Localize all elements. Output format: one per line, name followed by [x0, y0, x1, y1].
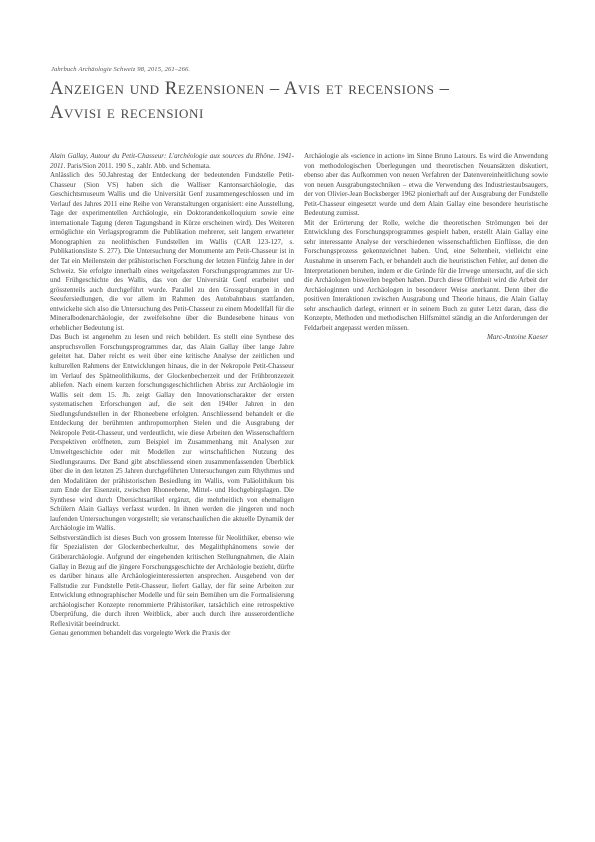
- paragraph: Mit der Erörterung der Rolle, welche die…: [304, 219, 548, 334]
- paragraph: Archäologie als «science in action» im S…: [304, 152, 548, 219]
- paragraph: Das Buch ist angenehm zu lesen und reich…: [50, 333, 294, 533]
- section-title: Anzeigen und Rezensionen – Avis et recen…: [50, 77, 570, 125]
- paragraph: Anlässlich des 50.Jahrestag der Entdecku…: [50, 171, 294, 333]
- column-right: Archäologie als «science in action» im S…: [304, 152, 548, 343]
- column-left: Alain Gallay, Autour du Petit-Chasseur: …: [50, 152, 294, 639]
- section-title-line1: Anzeigen und Rezensionen – Avis et recen…: [50, 79, 449, 99]
- paragraph: Selbstverständlich ist dieses Buch von g…: [50, 534, 294, 629]
- reviewer-signature: Marc-Antoine Kaeser: [304, 333, 548, 343]
- paragraph: Genau genommen behandelt das vorgelegte …: [50, 629, 294, 639]
- book-reference-details: Paris/Sion 2011. 190 S., zahlr. Abb. und…: [65, 162, 210, 170]
- section-title-line2: Avvisi e recensioni: [50, 103, 204, 123]
- journal-citation: Jahrbuch Archäologie Schweiz 98, 2015, 2…: [51, 66, 190, 73]
- book-reference: Alain Gallay, Autour du Petit-Chasseur: …: [50, 152, 294, 171]
